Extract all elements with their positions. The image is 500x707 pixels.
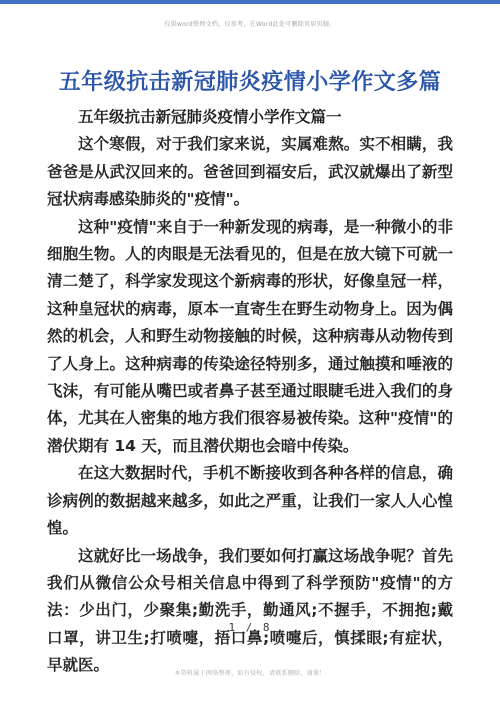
body-paragraph: 这就好比一场战争，我们要如何打赢这场战争呢？首先我们从微信公众号相关信息中得到了… [47, 543, 453, 680]
footer-watermark-note: 本资料属于网络整理，如有侵权，请联系删除，谢谢！ [0, 668, 500, 677]
section-subtitle: 五年级抗击新冠肺炎疫情小学作文篇一 [47, 104, 453, 131]
document-page: 仅供word整理文档，仅参考，在Word此处可删除页眉页脚。 五年级抗击新冠肺炎… [0, 0, 500, 707]
document-title: 五年级抗击新冠肺炎疫情小学作文多篇 [0, 65, 500, 96]
top-accent-bar [0, 0, 500, 4]
body-paragraph: 这种"疫情"来自于一种新发现的病毒，是一种微小的非细胞生物。人的肉眼是无法看见的… [47, 214, 453, 461]
body-paragraph: 在这大数据时代，手机不断接收到各种各样的信息，确诊病例的数据越来越多，如此之严重… [47, 460, 453, 542]
document-body: 五年级抗击新冠肺炎疫情小学作文篇一 这个寒假，对于我们家来说，实属难熬。实不相瞒… [47, 104, 453, 680]
page-number-indicator: 1 / 8 [0, 621, 500, 634]
header-watermark-note: 仅供word整理文档，仅参考，在Word此处可删除页眉页脚。 [0, 19, 500, 28]
body-paragraph: 这个寒假，对于我们家来说，实属难熬。实不相瞒，我爸爸是从武汉回来的。爸爸回到福安… [47, 131, 453, 213]
